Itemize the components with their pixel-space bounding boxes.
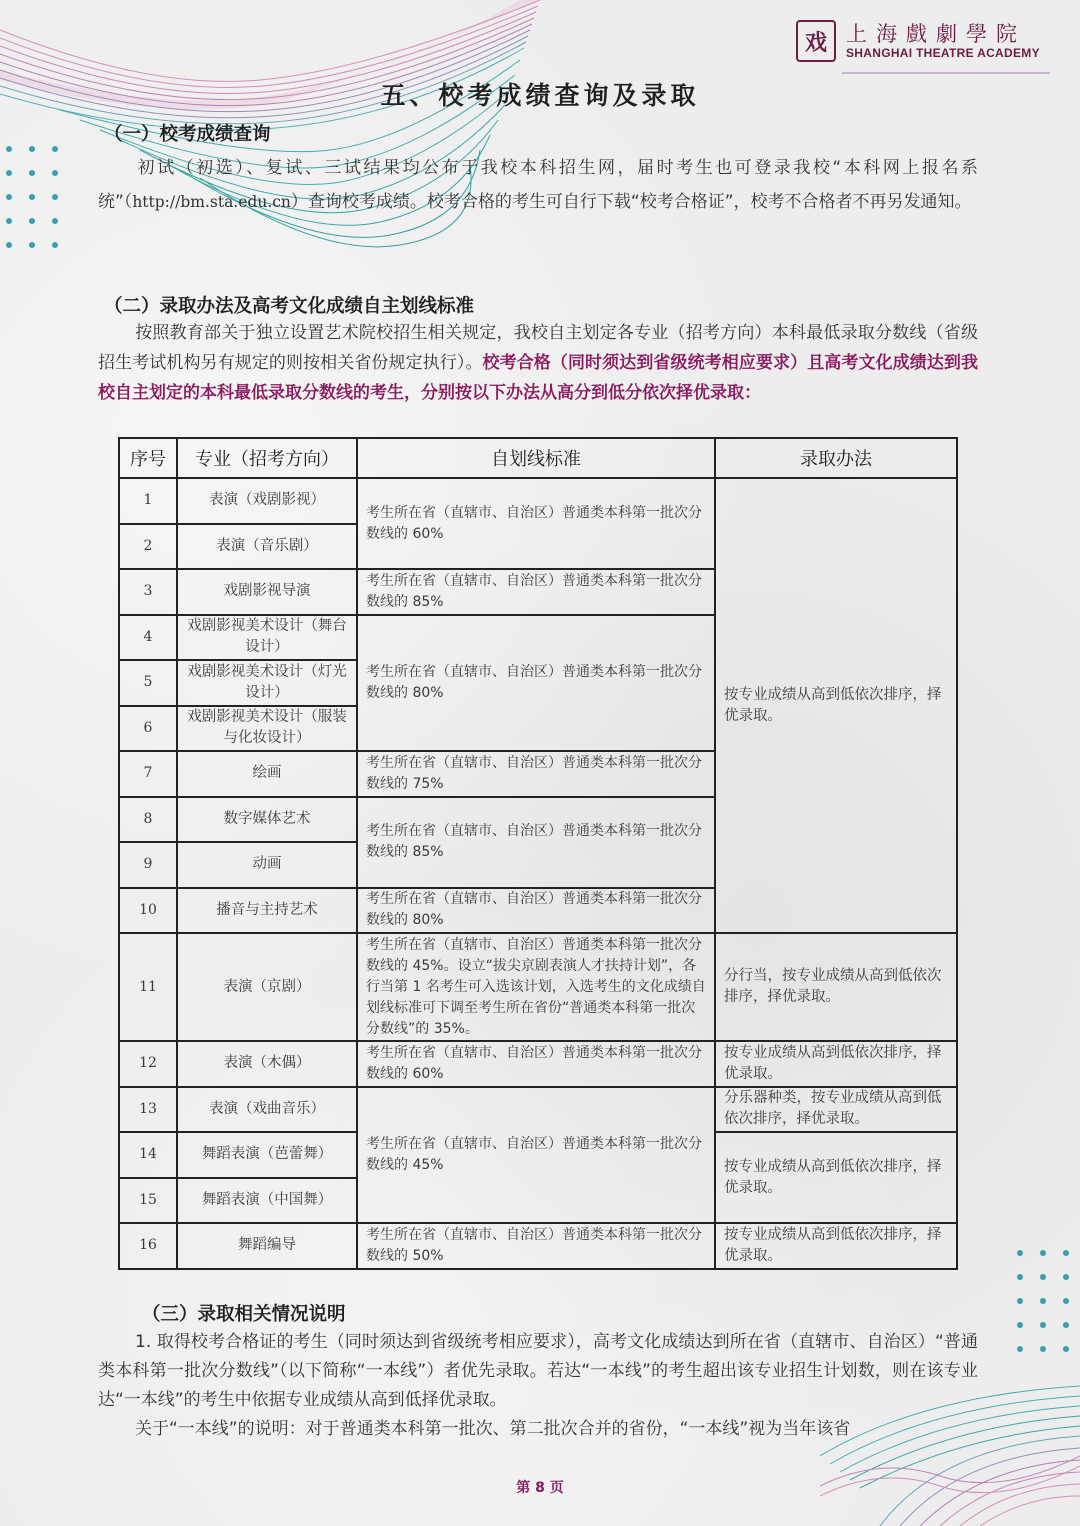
- page-title: 五、校考成绩查询及录取: [0, 76, 1080, 112]
- table-header-row: 序号 专业（招考方向） 自划线标准 录取办法: [119, 438, 957, 478]
- section3-paragraph-2: 关于“一本线”的说明：对于普通类本科第一批次、第二批次合并的省份，“一本线”视为…: [98, 1415, 978, 1444]
- dot-grid-decoration-left: [6, 146, 58, 248]
- academy-logo: 戏 上海戲劇學院 SHANGHAI THEATRE ACADEMY: [796, 18, 1056, 64]
- section2-heading: （二）录取办法及高考文化成绩自主划线标准: [104, 292, 474, 318]
- table-row: 11 表演（京剧） 考生所在省（直辖市、自治区）普通类本科第一批次分数线的 45…: [119, 933, 957, 1041]
- section1-heading: （一）校考成绩查询: [104, 120, 271, 146]
- section1-paragraph: 初试（初选）、复试、三试结果均公布于我校本科招生网，届时考生也可登录我校“本科网…: [98, 151, 978, 219]
- section3-paragraph-1: 1. 取得校考合格证的考生（同时须达到省级统考相应要求），高考文化成绩达到所在省…: [98, 1328, 978, 1415]
- admission-standards-table: 序号 专业（招考方向） 自划线标准 录取办法 1 表演（戏剧影视） 考生所在省（…: [118, 437, 958, 1270]
- table-row: 12 表演（木偶） 考生所在省（直辖市、自治区）普通类本科第一批次分数线的 60…: [119, 1041, 957, 1087]
- col-header-major: 专业（招考方向）: [177, 438, 357, 478]
- wave-decoration-top: [0, 0, 560, 260]
- logo-emblem-icon: 戏: [796, 20, 836, 62]
- page-number: 第 8 页: [0, 1477, 1080, 1497]
- table-row: 16 舞蹈编导 考生所在省（直辖市、自治区）普通类本科第一批次分数线的 50% …: [119, 1223, 957, 1269]
- header-divider: [842, 72, 1050, 74]
- section2-paragraph: 按照教育部关于独立设置艺术院校招生相关规定，我校自主划定各专业（招考方向）本科最…: [98, 318, 978, 408]
- logo-chinese-name: 上海戲劇學院: [846, 22, 1040, 46]
- logo-english-name: SHANGHAI THEATRE ACADEMY: [846, 46, 1040, 60]
- col-header-no: 序号: [119, 438, 177, 478]
- col-header-standard: 自划线标准: [357, 438, 715, 478]
- dot-grid-decoration-right: [1017, 1250, 1069, 1352]
- table-row: 13 表演（戏曲音乐） 考生所在省（直辖市、自治区）普通类本科第一批次分数线的 …: [119, 1087, 957, 1133]
- section3-heading: （三）录取相关情况说明: [142, 1300, 346, 1326]
- table-row: 1 表演（戏剧影视） 考生所在省（直辖市、自治区）普通类本科第一批次分数线的 6…: [119, 478, 957, 524]
- col-header-method: 录取办法: [715, 438, 957, 478]
- score-query-link[interactable]: http://bm.sta.edu.cn: [132, 193, 291, 211]
